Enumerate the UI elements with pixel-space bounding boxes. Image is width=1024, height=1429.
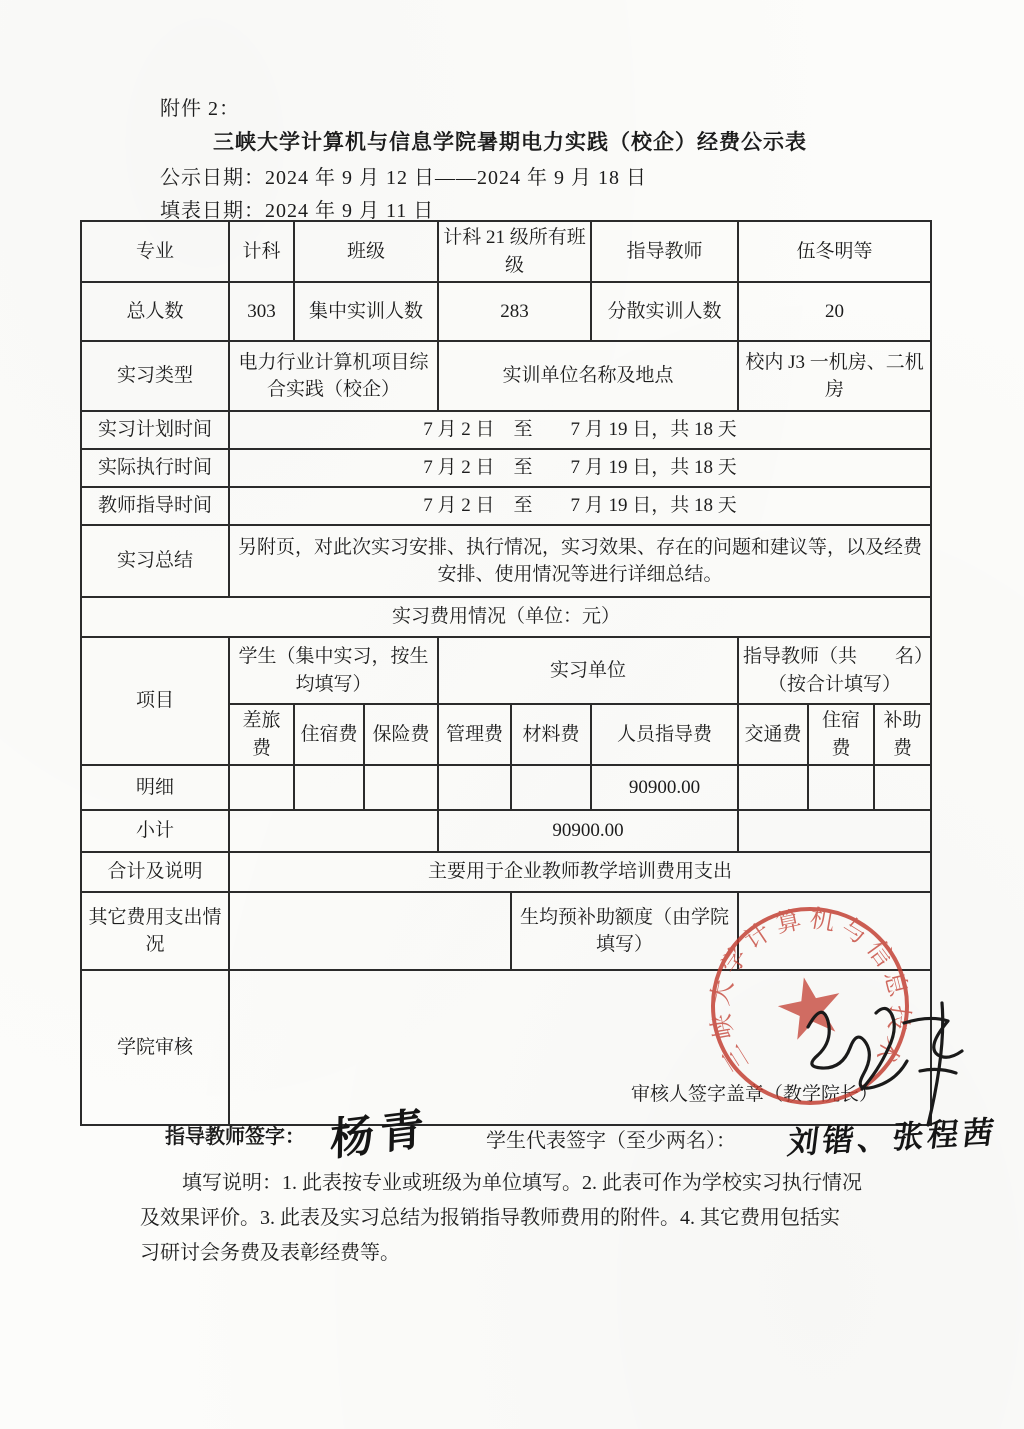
plan-label: 实习计划时间	[81, 411, 229, 449]
detail-insurance	[364, 765, 438, 810]
page-title: 三峡大学计算机与信息学院暑期电力实践（校企）经费公示表	[80, 126, 940, 156]
review-label: 学院审核	[81, 970, 229, 1125]
type-label: 实习类型	[81, 341, 229, 411]
detail-transport	[738, 765, 808, 810]
unit-label: 实训单位名称及地点	[438, 341, 738, 411]
teacher-signature-label: 指导教师签字：	[165, 1120, 305, 1149]
summary-value: 另附页，对此次实习安排、执行情况，实习效果、存在的问题和建议等，以及经费安排、使…	[229, 525, 931, 597]
table-row: 教师指导时间 7 月 2 日 至 7 月 19 日，共 18 天	[81, 487, 931, 525]
teach-label: 教师指导时间	[81, 487, 229, 525]
col-person-guidance: 人员指导费	[591, 704, 738, 765]
plan-value: 7 月 2 日 至 7 月 19 日，共 18 天	[229, 411, 931, 449]
fill-date-line: 填表日期：2024 年 9 月 11 日	[160, 194, 860, 223]
other-subsidy-label: 生均预补助额度（由学院填写）	[511, 892, 738, 970]
table-row: 实习总结 另附页，对此次实习安排、执行情况，实习效果、存在的问题和建议等，以及经…	[81, 525, 931, 597]
centralized-value: 283	[438, 282, 591, 341]
student-signature-label: 学生代表签字（至少两名）：	[486, 1124, 736, 1153]
class-value: 计科 21 级所有班级	[438, 221, 591, 282]
other-expense-row: 其它费用支出情况 生均预补助额度（由学院填写）	[81, 892, 931, 970]
subtotal-unit: 90900.00	[438, 810, 738, 852]
actual-value: 7 月 2 日 至 7 月 19 日，共 18 天	[229, 449, 931, 487]
other-value	[229, 892, 511, 970]
type-value: 电力行业计算机项目综合实践（校企）	[229, 341, 438, 411]
total-note-label: 合计及说明	[81, 852, 229, 892]
total-note-row: 合计及说明 主要用于企业教师教学培训费用支出	[81, 852, 931, 892]
detail-row: 明细 90900.00	[81, 765, 931, 810]
advisor-value: 伍冬明等	[738, 221, 931, 282]
item-label: 项目	[81, 637, 229, 765]
attachment-label: 附件 2：	[160, 92, 860, 121]
detail-management	[438, 765, 511, 810]
review-sign-label: 审核人签字盖章（教学院长）	[631, 1081, 878, 1109]
dispersed-label: 分散实训人数	[591, 282, 738, 341]
fill-instructions: 填写说明：1. 此表按专业或班级为单位填写。2. 此表可作为学校实习执行情况 及…	[140, 1166, 930, 1271]
col-transport: 交通费	[738, 704, 808, 765]
subtotal-row: 小计 90900.00	[81, 810, 931, 852]
fee-section-title: 实习费用情况（单位：元）	[81, 597, 931, 637]
fill-instructions-line: 填写说明：1. 此表按专业或班级为单位填写。2. 此表可作为学校实习执行情况	[140, 1166, 930, 1201]
table-row: 实际执行时间 7 月 2 日 至 7 月 19 日，共 18 天	[81, 449, 931, 487]
teach-value: 7 月 2 日 至 7 月 19 日，共 18 天	[229, 487, 931, 525]
scanned-form-page: { "page": { "attachment_label": "附件 2：",…	[0, 0, 1024, 1429]
dispersed-value: 20	[738, 282, 931, 341]
detail-lodging-student	[294, 765, 364, 810]
subtotal-teacher	[738, 810, 931, 852]
detail-person-guidance: 90900.00	[591, 765, 738, 810]
summary-label: 实习总结	[81, 525, 229, 597]
col-management: 管理费	[438, 704, 511, 765]
col-lodging-student: 住宿费	[294, 704, 364, 765]
centralized-label: 集中实训人数	[294, 282, 438, 341]
detail-material	[511, 765, 591, 810]
col-material: 材料费	[511, 704, 591, 765]
col-travel: 差旅费	[229, 704, 294, 765]
total-value: 303	[229, 282, 294, 341]
other-subsidy-value	[738, 892, 931, 970]
subtotal-student	[229, 810, 438, 852]
other-label: 其它费用支出情况	[81, 892, 229, 970]
col-allowance: 补助费	[874, 704, 931, 765]
publish-date-line: 公示日期：2024 年 9 月 12 日——2024 年 9 月 18 日	[160, 161, 860, 190]
fill-instructions-line: 及效果评价。3. 此表及实习总结为报销指导教师费用的附件。4. 其它费用包括实	[140, 1201, 930, 1236]
fill-instructions-line: 习研讨会务费及表彰经费等。	[140, 1236, 930, 1271]
col-insurance: 保险费	[364, 704, 438, 765]
table-row: 总人数 303 集中实训人数 283 分散实训人数 20	[81, 282, 931, 341]
unit-value: 校内 J3 一机房、二机房	[738, 341, 931, 411]
student-group-header: 学生（集中实习，按生均填写）	[229, 637, 438, 704]
total-note-value: 主要用于企业教师教学培训费用支出	[229, 852, 931, 892]
expense-publicity-table: 专业 计科 班级 计科 21 级所有班级 指导教师 伍冬明等 总人数 303 集…	[80, 220, 932, 1126]
detail-label: 明细	[81, 765, 229, 810]
teacher-group-line2: （按合计填写）	[743, 671, 926, 699]
table-row: 实习计划时间 7 月 2 日 至 7 月 19 日，共 18 天	[81, 411, 931, 449]
detail-lodging-teacher	[808, 765, 874, 810]
total-label: 总人数	[81, 282, 229, 341]
subtotal-label: 小计	[81, 810, 229, 852]
detail-travel	[229, 765, 294, 810]
table-row: 实习费用情况（单位：元）	[81, 597, 931, 637]
col-lodging-teacher: 住宿费	[808, 704, 874, 765]
review-row: 学院审核 审核人签字盖章（教学院长）	[81, 970, 931, 1125]
teacher-signature-handwriting: 杨青	[330, 1092, 430, 1169]
table-row: 专业 计科 班级 计科 21 级所有班级 指导教师 伍冬明等	[81, 221, 931, 282]
major-value: 计科	[229, 221, 294, 282]
major-label: 专业	[81, 221, 229, 282]
review-cell: 审核人签字盖章（教学院长）	[229, 970, 931, 1125]
teacher-group-header: 指导教师（共 名） （按合计填写）	[738, 637, 931, 704]
advisor-label: 指导教师	[591, 221, 738, 282]
class-label: 班级	[294, 221, 438, 282]
actual-label: 实际执行时间	[81, 449, 229, 487]
table-row: 项目 学生（集中实习，按生均填写） 实习单位 指导教师（共 名） （按合计填写）	[81, 637, 931, 704]
teacher-group-line1: 指导教师（共 名）	[743, 643, 926, 671]
table-row: 实习类型 电力行业计算机项目综合实践（校企） 实训单位名称及地点 校内 J3 一…	[81, 341, 931, 411]
detail-allowance	[874, 765, 931, 810]
unit-group-header: 实习单位	[438, 637, 738, 704]
